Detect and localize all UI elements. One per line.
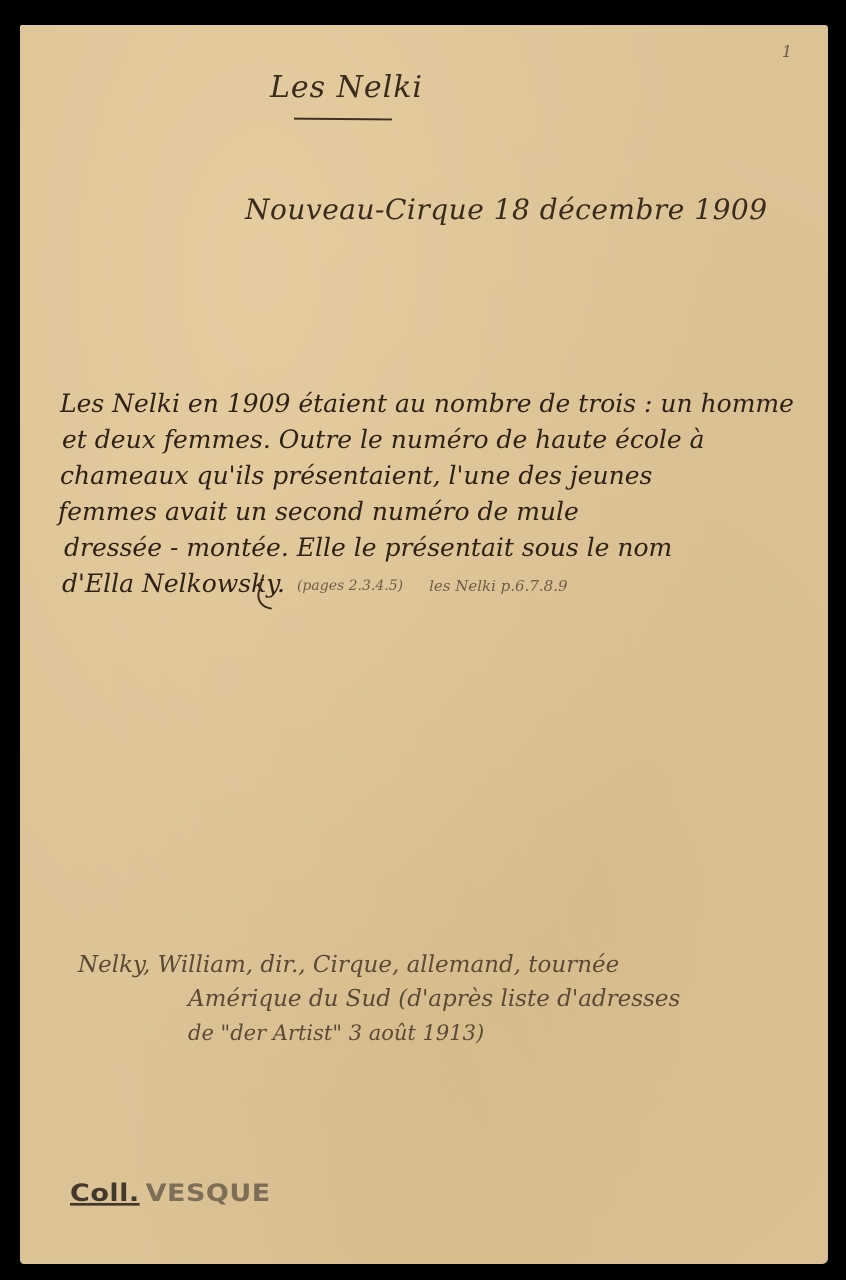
paragraph-line: Les Nelki en 1909 étaient au nombre de t… [60, 386, 830, 422]
folio-number: 1 [782, 42, 792, 61]
pencil-note-reference: les Nelki p.6.7.8.9 [429, 577, 567, 595]
paragraph-line: dressée - montée. Elle le présentait sou… [64, 530, 834, 566]
stamp-name: VESQUE [146, 1180, 271, 1208]
pencil-note-pages: (pages 2.3.4.5) [297, 578, 403, 594]
main-paragraph: Les Nelki en 1909 étaient au nombre de t… [58, 386, 828, 604]
reference-line: Amérique du Sud (d'après liste d'adresse… [78, 982, 818, 1016]
paragraph-line: femmes avait un second numéro de mule [58, 494, 828, 530]
collection-stamp: Coll.VESQUE [70, 1180, 271, 1208]
reference-line: Nelky, William, dir., Cirque, allemand, … [78, 948, 818, 982]
reference-line: de "der Artist" 3 août 1913) [78, 1016, 818, 1050]
paragraph-line: chameaux qu'ils présentaient, l'une des … [60, 458, 830, 494]
paragraph-line: et deux femmes. Outre le numéro de haute… [62, 422, 832, 458]
page-title: Les Nelki [270, 70, 423, 105]
reference-note: Nelky, William, dir., Cirque, allemand, … [78, 948, 818, 1050]
place-date-heading: Nouveau-Cirque 18 décembre 1909 [245, 193, 768, 226]
paragraph-line-last: d'Ella Nelkowsky.(pages 2.3.4.5)les Nelk… [62, 566, 832, 604]
paragraph-line-text: d'Ella Nelkowsky. [62, 569, 285, 598]
stamp-prefix: Coll. [70, 1180, 140, 1208]
